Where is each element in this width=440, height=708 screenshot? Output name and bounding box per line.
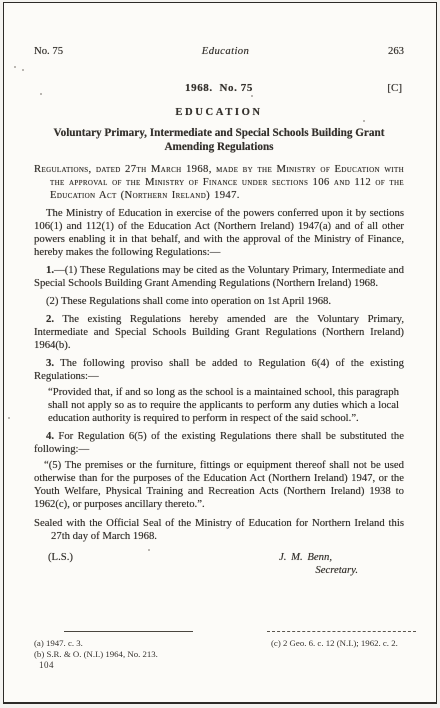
regulation-2-text: The existing Regulations hereby amended …	[34, 313, 404, 351]
regulation-1-paragraph: 1.—(1) These Regulations may be cited as…	[34, 264, 404, 290]
signature-title: Secretary.	[34, 564, 404, 577]
scan-speck	[148, 549, 150, 551]
regulation-2-number: 2.	[46, 313, 54, 325]
footnote-column-left: (a) 1947. c. 3. (b) S.R. & O. (N.I.) 196…	[34, 638, 259, 659]
scan-speck	[22, 69, 24, 71]
regulation-1-2-text: (2) These Regulations shall come into op…	[46, 295, 331, 307]
page-border-frame: No. 75 Education 263 1968. No. 75 [C] ED…	[3, 2, 437, 704]
act-title-line1: Voluntary Primary, Intermediate and Spec…	[34, 127, 404, 141]
running-header-page-number: 263	[388, 45, 404, 58]
footnote-c: (c) 2 Geo. 6. c. 12 (N.I.); 1962. c. 2.	[271, 638, 416, 649]
running-header-doc-number: No. 75	[34, 45, 63, 58]
printers-page-mark: 104	[39, 660, 54, 670]
regulation-1-number: 1.	[46, 264, 54, 276]
footnotes-section: (a) 1947. c. 3. (b) S.R. & O. (N.I.) 196…	[34, 631, 416, 659]
subject-heading: EDUCATION	[34, 106, 404, 119]
footnote-separator-rules	[34, 631, 416, 632]
regulation-4-paragraph: 4. For Regulation 6(5) of the existing R…	[34, 430, 404, 456]
footnote-column-right: (c) 2 Geo. 6. c. 12 (N.I.); 1962. c. 2.	[271, 638, 416, 659]
scan-speck	[363, 120, 365, 122]
sealing-clause: Sealed with the Official Seal of the Min…	[34, 517, 404, 543]
scanned-page: { "scan": { "running_header": { "left": …	[0, 0, 440, 708]
scan-speck	[251, 95, 253, 97]
footnote-b: (b) S.R. & O. (N.I.) 1964, No. 213.	[34, 649, 259, 660]
doc-number: 1968. No. 75	[185, 82, 253, 94]
quoted-proviso: “Provided that, if and so long as the sc…	[48, 386, 399, 425]
regulation-3-text: The following proviso shall be added to …	[34, 357, 404, 382]
classification-mark: [C]	[387, 82, 402, 95]
act-title-line2: Amending Regulations	[34, 141, 404, 155]
footnote-a: (a) 1947. c. 3.	[34, 638, 259, 649]
scan-speck	[14, 66, 16, 68]
regulation-4-text: For Regulation 6(5) of the existing Regu…	[34, 430, 404, 455]
quoted-substitution: “(5) The premises or the furniture, fitt…	[34, 459, 404, 511]
regulation-2-paragraph: 2. The existing Regulations hereby amend…	[34, 313, 404, 352]
regulation-1-2-paragraph: (2) These Regulations shall come into op…	[34, 295, 404, 308]
footnote-columns: (a) 1947. c. 3. (b) S.R. & O. (N.I.) 196…	[34, 638, 416, 659]
regulation-1-text: —(1) These Regulations may be cited as t…	[34, 264, 404, 289]
doc-number-row: 1968. No. 75 [C]	[34, 82, 404, 95]
enacting-paragraph: The Ministry of Education in exercise of…	[34, 207, 404, 259]
running-header-subject: Education	[202, 45, 250, 58]
preamble-smallcaps: Regulations, dated 27th March 1968, made…	[34, 163, 404, 202]
regulation-3-number: 3.	[46, 357, 54, 369]
seal-mark: (L.S.)	[48, 551, 73, 564]
regulation-3-paragraph: 3. The following proviso shall be added …	[34, 357, 404, 383]
footnote-rule-right	[267, 631, 416, 632]
scan-speck	[40, 93, 42, 95]
page-content: No. 75 Education 263 1968. No. 75 [C] ED…	[4, 3, 436, 702]
running-header: No. 75 Education 263	[34, 45, 404, 58]
footnote-rule-left	[64, 631, 193, 632]
scan-speck	[8, 417, 10, 419]
signature-block: (L.S.) J. M. Benn, Secretary.	[34, 551, 404, 579]
signature-name: J. M. Benn,	[34, 551, 404, 564]
regulation-4-number: 4.	[46, 430, 54, 442]
act-title: Voluntary Primary, Intermediate and Spec…	[34, 127, 404, 154]
